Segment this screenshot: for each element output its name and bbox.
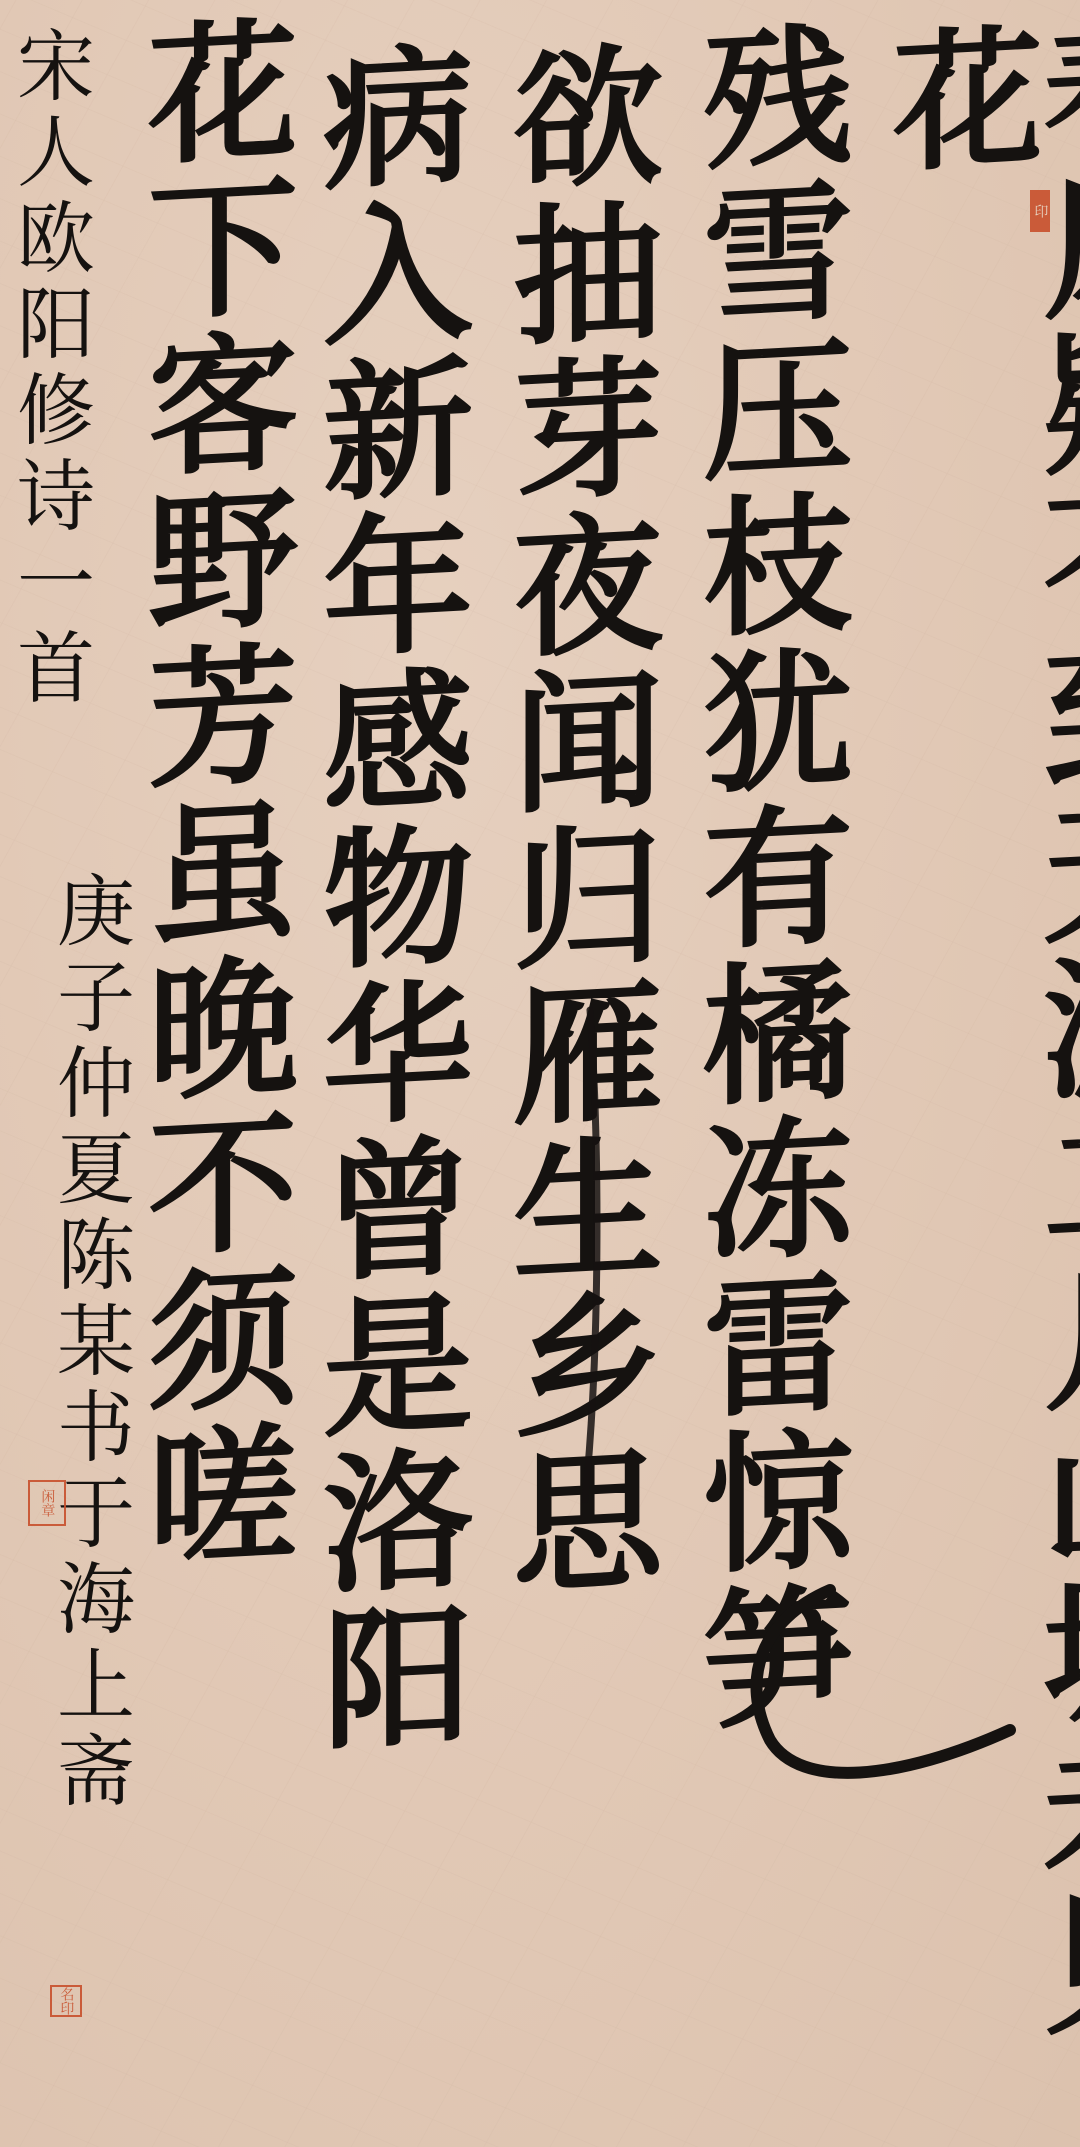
poem-column-4: 病入新年感物华曾是洛阳	[310, 36, 460, 1760]
poem-column-5: 花下客野芳虽晚不须嗟	[135, 11, 285, 1579]
calligraphy-scroll: 春风疑不到天涯二月山城未见花 残雪压枝犹有橘冻雷惊笋 欲抽芽夜闻归雁生乡思 病入…	[0, 0, 1080, 2147]
inscription-title: 宋人欧阳修诗一首	[10, 25, 88, 713]
poem-column-1: 春风疑不到天涯二月山城未见花	[880, 10, 1080, 2147]
poem-column-2: 残雪压枝犹有橘冻雷惊笋	[690, 16, 840, 1740]
inscription-signature: 庚子仲夏陈某书于海上斋	[50, 870, 128, 1816]
poem-column-3: 欲抽芽夜闻归雁生乡思	[500, 36, 650, 1604]
seal-stamp-name: 名印	[50, 1985, 82, 2017]
seal-stamp-leisure: 闲章	[28, 1480, 66, 1526]
seal-stamp-top: 印	[1030, 190, 1050, 232]
